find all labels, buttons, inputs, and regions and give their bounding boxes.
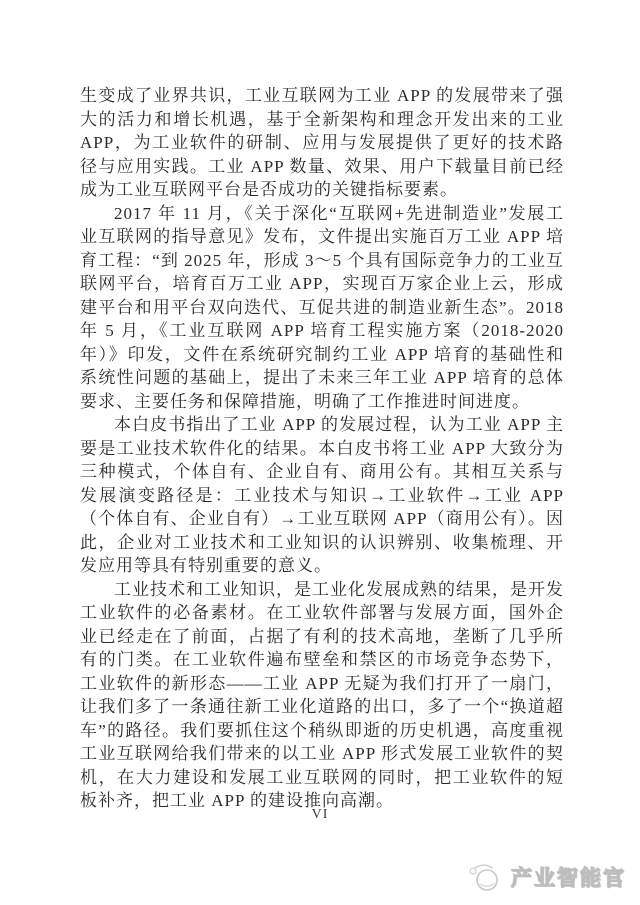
- paragraph-4: 工业技术和工业知识，是工业化发展成熟的结果，是开发工业软件的必备素材。在工业软件…: [80, 578, 564, 813]
- watermark-label: 产业智能官: [511, 862, 626, 892]
- page-body-text: 生变成了业界共识，工业互联网为工业 APP 的发展带来了强大的活力和增长机遇，基…: [80, 84, 564, 813]
- brand-logo-icon: [466, 858, 504, 896]
- paragraph-1: 生变成了业界共识，工业互联网为工业 APP 的发展带来了强大的活力和增长机遇，基…: [80, 84, 564, 202]
- paragraph-2: 2017 年 11 月，《关于深化“互联网+先进制造业”发展工业互联网的指导意见…: [80, 202, 564, 414]
- page-number: VI: [0, 807, 640, 823]
- paragraph-3: 本白皮书指出了工业 APP 的发展过程，认为工业 APP 主要是工业技术软件化的…: [80, 413, 564, 578]
- document-page: 生变成了业界共识，工业互联网为工业 APP 的发展带来了强大的活力和增长机遇，基…: [0, 0, 640, 905]
- watermark-badge: 产业智能官: [466, 858, 626, 896]
